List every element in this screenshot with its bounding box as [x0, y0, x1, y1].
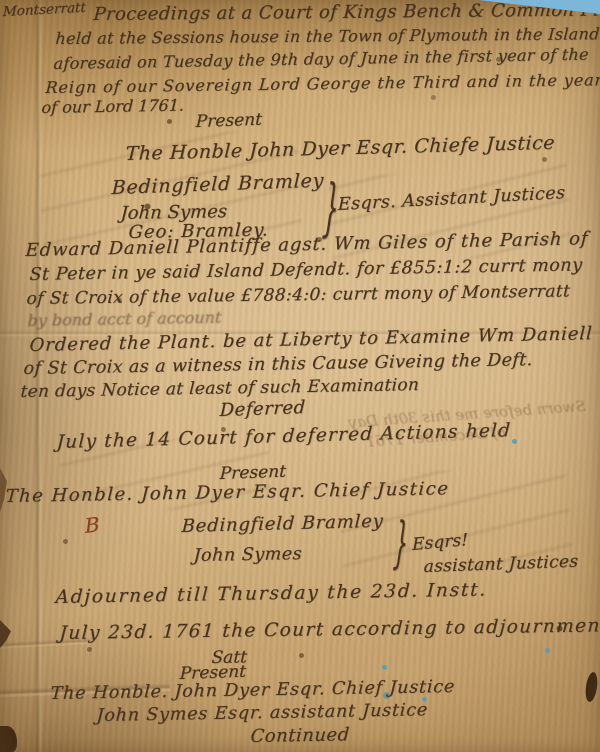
manuscript-paper: MontserrattProceedings at a Court of Kin…	[0, 0, 600, 752]
opening-line: Reign of our Sovereign Lord George the T…	[45, 71, 600, 96]
margin-mark: B	[84, 513, 100, 537]
justice-line-assistant: John Symes Esqr. assistant Justice	[96, 701, 428, 726]
scanned-page: MontserrattProceedings at a Court of Kin…	[0, 0, 600, 752]
justice-name: Bedingfield Bramley	[111, 171, 324, 199]
heading-present: Present	[195, 111, 262, 132]
justices-brace: }	[392, 516, 410, 576]
case-line-faded: by bond acct of account	[27, 309, 222, 330]
adjournment-line: Adjourned till Thursday the 23d. Instt.	[55, 580, 488, 608]
justice-name: John Symes	[193, 545, 303, 566]
opening-line: aforesaid on Tuesday the 9th day of June…	[53, 46, 589, 73]
opening-line: of our Lord 1761.	[41, 97, 184, 117]
opening-line: Proceedings at a Court of Kings Bench & …	[93, 0, 600, 24]
justice-line-chief: The Honble John Dyer Esqr. Chiefe Justic…	[125, 133, 555, 165]
order-line: ten days Notice at least of such Examina…	[20, 376, 420, 402]
justices-label: Esqrs. Assistant Justices	[338, 184, 566, 215]
paper-tear	[0, 726, 17, 752]
ink-specks	[0, 0, 3, 3]
heading-continued: Continued	[250, 725, 350, 747]
justices-label: assistant Justices	[423, 553, 578, 577]
case-line: St Peter in ye said Island Defendt. for …	[29, 256, 583, 285]
justice-name: Bedingfield Bramley	[181, 512, 384, 537]
order-line: of St Croix as a witness in this Cause G…	[23, 351, 533, 379]
case-line: of St Croix of the value £788:4:0: currt…	[26, 282, 571, 308]
justices-label: Esqrs!	[412, 531, 468, 554]
ink-blot	[584, 671, 599, 702]
session-line: July 23d. 1761 the Court according to ad…	[59, 616, 600, 644]
heading-deferred: Deferred	[219, 398, 306, 421]
justice-line-chief: The Honble. John Dyer Esqr. Chief Justic…	[5, 479, 450, 507]
margin-place-name: Montserratt	[3, 1, 86, 20]
opening-line: held at the Sessions house in the Town o…	[55, 25, 600, 47]
